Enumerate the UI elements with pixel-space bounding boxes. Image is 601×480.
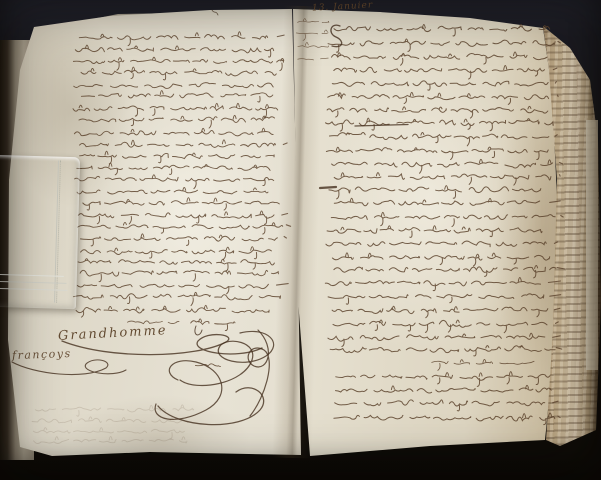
linen-bookmark-cloth bbox=[0, 155, 80, 309]
ink-overlay bbox=[0, 0, 601, 480]
cloth-seam bbox=[54, 161, 61, 303]
manuscript-photo: 13. Januier Grandhomme françoys bbox=[0, 0, 601, 480]
signature-francoys: françoys bbox=[12, 348, 72, 361]
